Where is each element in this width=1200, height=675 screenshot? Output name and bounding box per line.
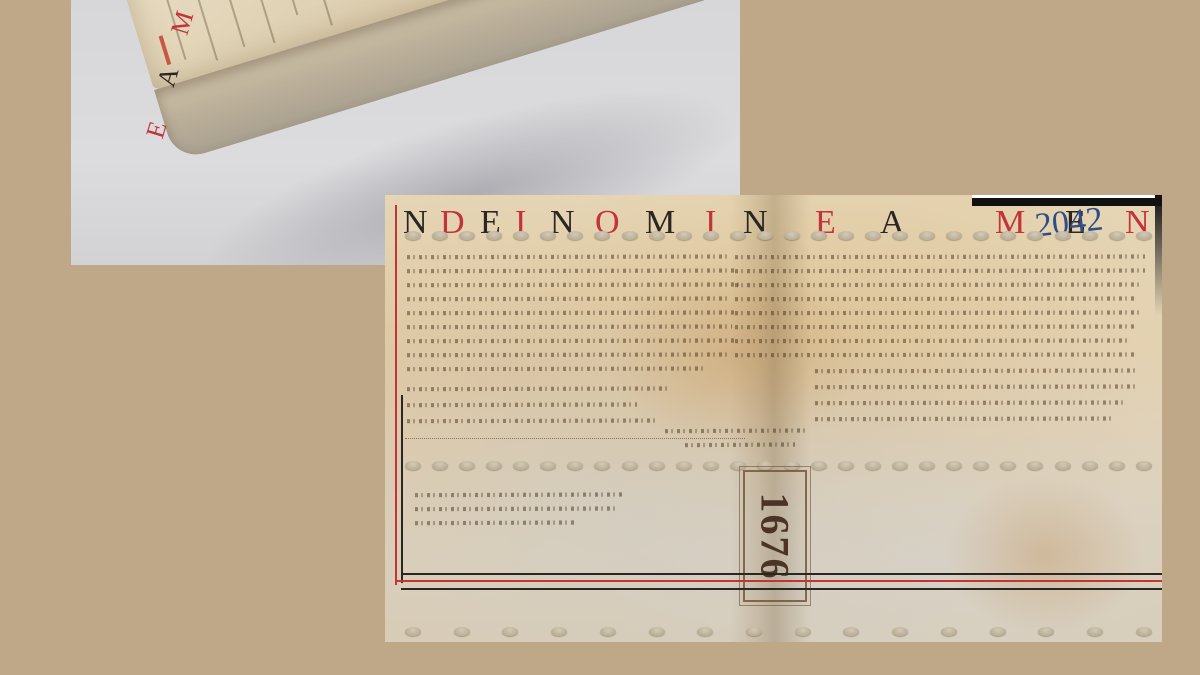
parchment-document-scan: N D E I N O M I N E A M E N 2042 [385, 195, 1162, 642]
year-label-box: 1676 [743, 470, 807, 602]
bottom-rule-red [395, 580, 1162, 582]
left-margin-rule-red [395, 205, 397, 585]
underline-stroke [405, 437, 745, 439]
bottom-rule-black [401, 573, 1162, 575]
stitch-row-bottom [405, 627, 1152, 639]
stitch-row-top [405, 231, 1152, 243]
year-label: 1676 [752, 492, 799, 580]
left-margin-rule-black [401, 395, 403, 583]
bottom-rule-black [401, 588, 1162, 590]
